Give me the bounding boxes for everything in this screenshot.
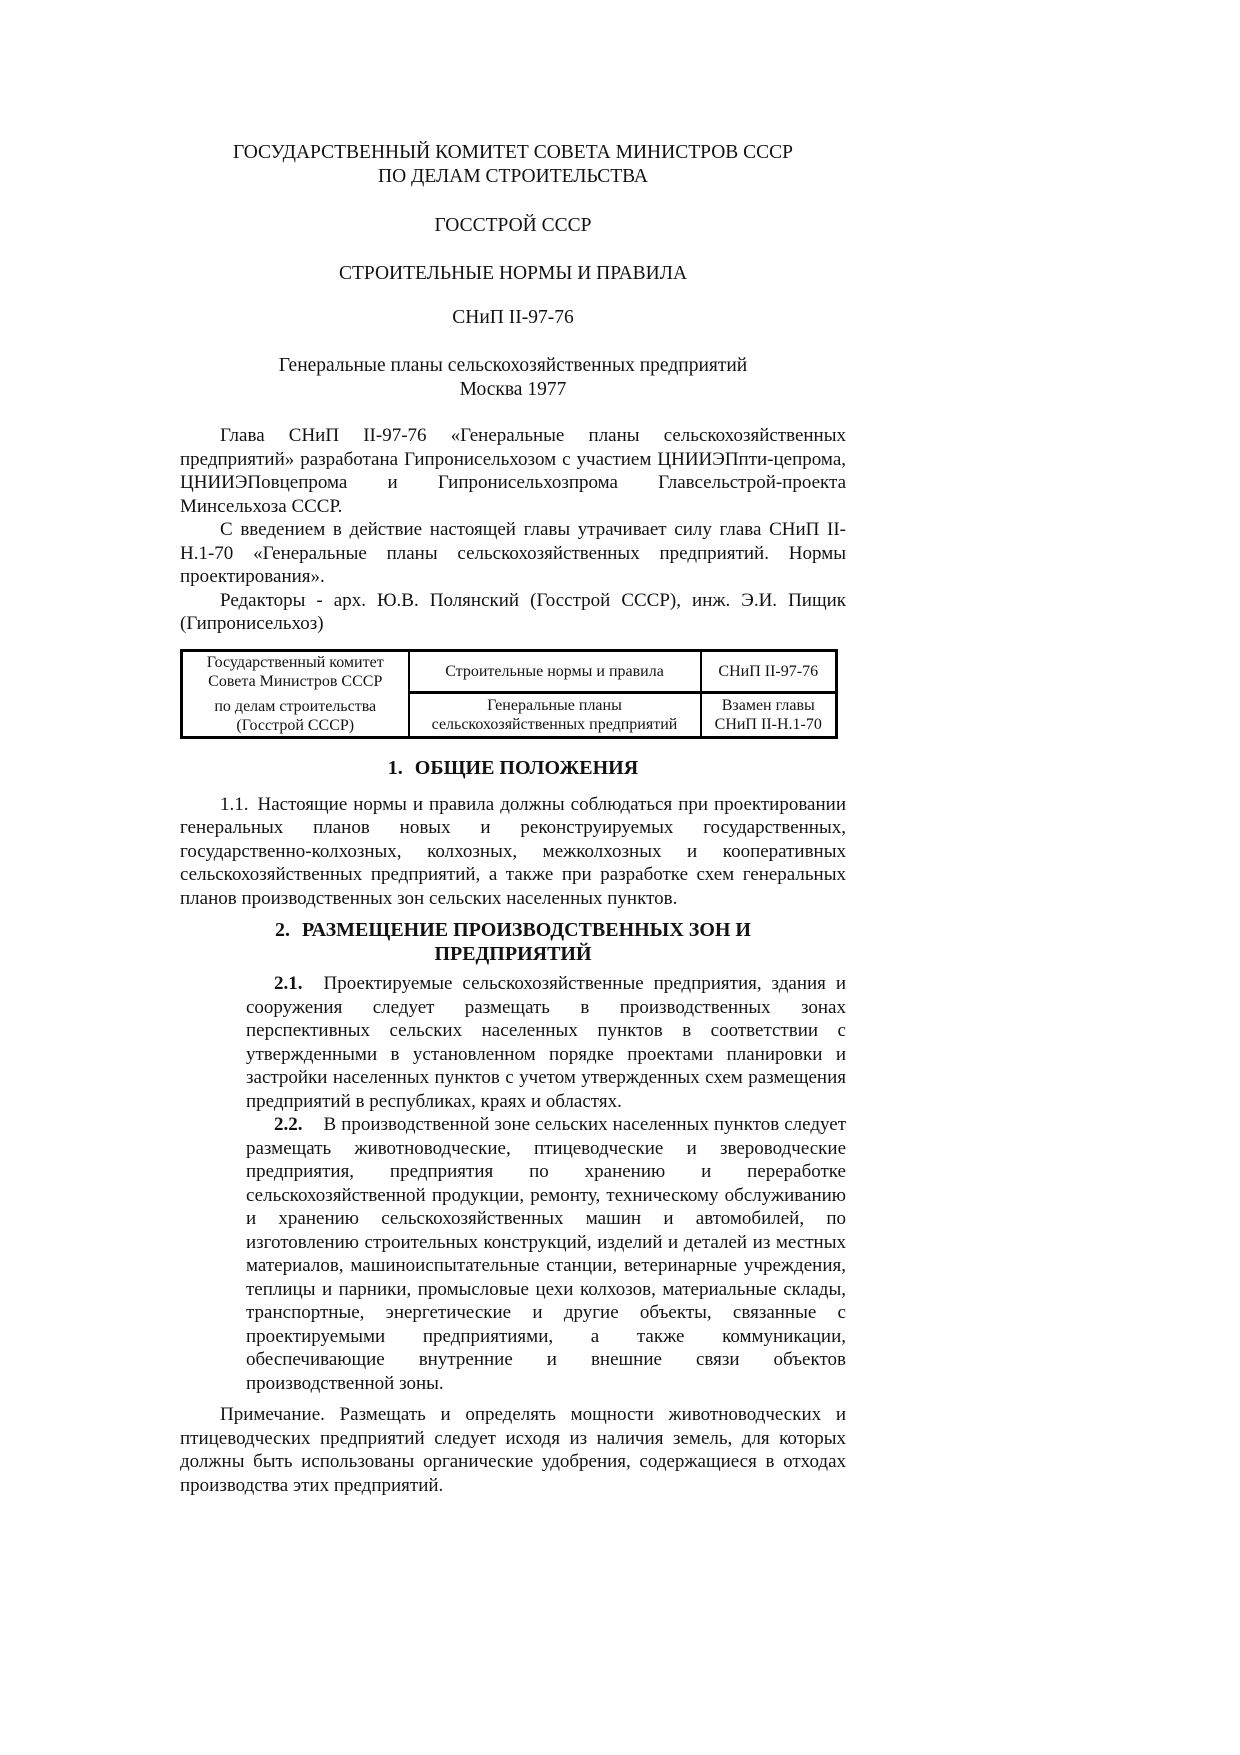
paragraph-2-1: 2.1.Проектируемые сельскохозяйственные п… [246,972,846,1113]
preamble-paragraph-1: Глава СНиП II-97-76 «Генеральные планы с… [180,424,846,518]
document-page: ГОСУДАРСТВЕННЫЙ КОМИТЕТ СОВЕТА МИНИСТРОВ… [0,0,1240,1755]
preamble-paragraph-3: Редакторы - арх. Ю.В. Полянский (Госстро… [180,589,846,636]
committee-name-line-2: ПО ДЕЛАМ СТРОИТЕЛЬСТВА [180,165,846,189]
table-cell-doc-code: СНиП II-97-76 [701,650,837,693]
table-cell-issuing-body: Государственный комитет Совета Министров… [182,650,409,737]
paragraph-2-1-number: 2.1. [274,973,303,994]
section-1-heading: 1.ОБЩИЕ ПОЛОЖЕНИЯ [180,756,846,780]
section-2-body: 2.1.Проектируемые сельскохозяйственные п… [246,972,846,1395]
text-column: ГОСУДАРСТВЕННЫЙ КОМИТЕТ СОВЕТА МИНИСТРОВ… [180,0,846,1497]
table-cell-replaces: Взамен главы СНиП II-Н.1-70 [701,693,837,737]
section-1-title: ОБЩИЕ ПОЛОЖЕНИЯ [415,757,638,779]
doc-imprint: Москва 1977 [180,378,846,402]
section-1-number: 1. [388,757,403,779]
committee-name-line-1: ГОСУДАРСТВЕННЫЙ КОМИТЕТ СОВЕТА МИНИСТРОВ… [180,141,846,165]
note-paragraph: Примечание. Размещать и определять мощно… [180,1403,846,1497]
title-block: ГОСУДАРСТВЕННЫЙ КОМИТЕТ СОВЕТА МИНИСТРОВ… [180,141,846,402]
paragraph-1-1-text: Настоящие нормы и правила должны соблюда… [180,794,846,909]
section-2-heading: 2.РАЗМЕЩЕНИЕ ПРОИЗВОДСТВЕННЫХ ЗОН И ПРЕД… [241,918,786,966]
paragraph-2-2: 2.2.В производственной зоне сельских нас… [246,1113,846,1395]
section-2-number: 2. [275,919,290,941]
table-cell-doc-title: Генеральные планы сельскохозяйственных п… [409,693,701,737]
paragraph-2-2-text: В производственной зоне сельских населен… [246,1114,846,1394]
preamble: Глава СНиП II-97-76 «Генеральные планы с… [180,424,846,636]
section-2-title: РАЗМЕЩЕНИЕ ПРОИЗВОДСТВЕННЫХ ЗОН И ПРЕДПР… [302,919,751,965]
doc-title: Генеральные планы сельскохозяйственных п… [180,354,846,378]
paragraph-2-2-number: 2.2. [274,1114,303,1135]
doc-category: СТРОИТЕЛЬНЫЕ НОРМЫ И ПРАВИЛА [180,262,846,286]
agency-name: ГОССТРОЙ СССР [180,214,846,238]
paragraph-1-1: 1.1.Настоящие нормы и правила должны соб… [180,793,846,911]
issuing-body-line-2: по делам строительства (Госстрой СССР) [187,697,404,735]
paragraph-1-1-number: 1.1. [220,794,249,815]
preamble-paragraph-2: С введением в действие настоящей главы у… [180,518,846,589]
document-info-table: Государственный комитет Совета Министров… [180,649,838,739]
doc-code: СНиП II-97-76 [180,306,846,330]
table-cell-doc-category: Строительные нормы и правила [409,650,701,693]
issuing-body-line-1: Государственный комитет Совета Министров… [187,653,404,691]
paragraph-2-1-text: Проектируемые сельскохозяйственные предп… [246,973,846,1112]
